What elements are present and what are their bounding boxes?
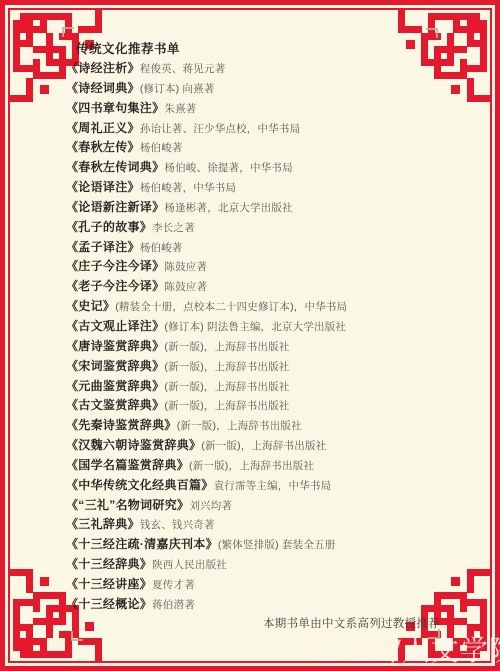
book-title: 《论语新注新译》 [66,200,164,214]
book-title: 《论语译注》 [66,180,140,194]
book-title: 《汉魏六朝诗鉴赏辞典》 [66,438,201,452]
textbox-corner-mark [426,28,438,38]
book-title: 《孔子的故事》 [66,220,152,234]
book-info: (修订本) 向熹著 [140,83,215,95]
list-item: 《春秋左传词典》杨伯峻、徐提著，中华书局 [66,157,451,177]
list-item: 《元曲鉴赏辞典》(新一版)，上海辞书出版社 [66,376,451,396]
list-item: 《汉魏六朝诗鉴赏辞典》(新一版)，上海辞书出版社 [66,435,451,455]
book-info: (新一版)，上海辞书出版社 [164,361,289,373]
list-item: 《宋词鉴赏辞典》(新一版)，上海辞书出版社 [66,356,451,376]
book-title: 《三礼辞典》 [66,517,140,531]
book-title: 《元曲鉴赏辞典》 [66,379,164,393]
book-title: 《周礼正义》 [66,121,140,135]
book-info: 杨伯峻著 [140,142,183,154]
book-list: 《诗经注析》程俊英、蒋见元著 《诗经词典》(修订本) 向熹著 《四书章句集注》朱… [66,58,451,614]
book-info: 杨伯峻、徐提著，中华书局 [164,162,292,174]
book-info: (精装全十册，点校本二十四史修订本)，中华书局 [115,301,347,313]
book-info: 陈鼓应著 [164,261,207,273]
book-title: 《春秋左传》 [66,140,140,154]
book-info: 刘兴均著 [189,500,232,512]
book-title: 《老子今注今译》 [66,279,164,293]
book-info: 杨伯峻著 [140,242,183,254]
book-info: 李长之著 [152,222,195,234]
book-title: 《十三经概论》 [66,597,152,611]
list-item: 《孟子译注》杨伯峻著 [66,237,451,257]
list-item: 《唐诗鉴赏辞典》(新一版)，上海辞书出版社 [66,336,451,356]
book-title: 《古文鉴赏辞典》 [66,398,164,412]
book-title: 《诗经注析》 [66,61,140,75]
watermark: SCAU/人文学院 [303,629,500,669]
book-title: 《十三经辞典》 [66,557,152,571]
book-title: 《唐诗鉴赏辞典》 [66,339,164,353]
textbox-corner-mark [71,631,83,641]
book-info: (新一版)，上海辞书出版社 [177,420,302,432]
page-title: 传统文化推荐书单 [76,39,180,57]
list-item: 《史记》(精装全十册，点校本二十四史修订本)，中华书局 [66,296,451,316]
book-info: 程俊英、蒋见元著 [140,63,226,75]
list-item: 《“三礼”名物词研究》刘兴均著 [66,495,451,515]
list-item: 《春秋左传》杨伯峻著 [66,137,451,157]
book-title: 《宋词鉴赏辞典》 [66,359,164,373]
book-title: 《春秋左传词典》 [66,160,164,174]
book-info: 夏传才著 [152,579,195,591]
book-title: 《四书章句集注》 [66,101,164,115]
book-title: 《“三礼”名物词研究》 [66,498,189,512]
list-item: 《诗经词典》(修订本) 向熹著 [66,78,451,98]
book-info: 袁行霈等主编，中华书局 [214,480,332,492]
list-item: 《古文观止译注》(修订本) 阴法鲁主编，北京大学出版社 [66,316,451,336]
book-title: 《十三经讲座》 [66,577,152,591]
list-item: 《庄子今注今译》陈鼓应著 [66,256,451,276]
textbox-corner-mark [62,27,74,37]
book-title: 《史记》 [66,299,115,313]
book-info: 杨伯峻著，中华书局 [140,182,236,194]
list-item: 《孔子的故事》李长之著 [66,217,451,237]
list-item: 《国学名篇鉴赏辞典》(新一版)，上海辞书出版社 [66,455,451,475]
list-item: 《十三经概论》蒋伯潜著 [66,594,451,614]
list-item: 《诗经注析》程俊英、蒋见元著 [66,58,451,78]
book-info: 孙诒让著、汪少华点校，中华书局 [140,123,301,135]
book-title: 《孟子译注》 [66,240,140,254]
list-item: 《论语译注》杨伯峻著，中华书局 [66,177,451,197]
book-title: 《中华传统文化经典百篇》 [66,478,214,492]
book-info: 蒋伯潜著 [152,599,195,611]
book-info: 陕西人民出版社 [152,559,227,571]
book-info: (新一版)，上海辞书出版社 [189,460,314,472]
list-item: 《十三经注疏·清嘉庆刊本》(繁体竖排版) 套装全五册 [66,534,451,554]
book-info: (新一版)，上海辞书出版社 [164,341,289,353]
list-item: 《十三经讲座》夏传才著 [66,574,451,594]
book-info: (修订本) 阴法鲁主编，北京大学出版社 [164,321,346,333]
book-info: 朱熹著 [164,103,196,115]
list-item: 《三礼辞典》钱玄、钱兴奇著 [66,514,451,534]
list-item: 《老子今注今译》陈鼓应著 [66,276,451,296]
book-title: 《诗经词典》 [66,81,140,95]
list-item: 《先秦诗鉴赏辞典》(新一版)，上海辞书出版社 [66,415,451,435]
book-info: 陈鼓应著 [164,281,207,293]
book-title: 《先秦诗鉴赏辞典》 [66,418,177,432]
book-title: 《庄子今注今译》 [66,259,164,273]
list-item: 《古文鉴赏辞典》(新一版)，上海辞书出版社 [66,395,451,415]
list-item: 《中华传统文化经典百篇》袁行霈等主编，中华书局 [66,475,451,495]
book-info: 钱玄、钱兴奇著 [140,519,215,531]
list-item: 《四书章句集注》朱熹著 [66,98,451,118]
list-item: 《论语新注新译》杨逢彬著，北京大学出版社 [66,197,451,217]
book-info: 杨逢彬著，北京大学出版社 [164,202,292,214]
book-info: (繁体竖排版) 套装全五册 [218,539,336,551]
book-info: (新一版)，上海辞书出版社 [164,400,289,412]
book-info: (新一版)，上海辞书出版社 [201,440,326,452]
book-title: 《古文观止译注》 [66,319,164,333]
list-item: 《十三经辞典》陕西人民出版社 [66,554,451,574]
book-info: (新一版)，上海辞书出版社 [164,381,289,393]
book-title: 《国学名篇鉴赏辞典》 [66,458,189,472]
book-title: 《十三经注疏·清嘉庆刊本》 [66,537,218,551]
book-list-page: 传统文化推荐书单 《诗经注析》程俊英、蒋见元著 《诗经词典》(修订本) 向熹著 … [0,0,500,671]
list-item: 《周礼正义》孙诒让著、汪少华点校，中华书局 [66,118,451,138]
